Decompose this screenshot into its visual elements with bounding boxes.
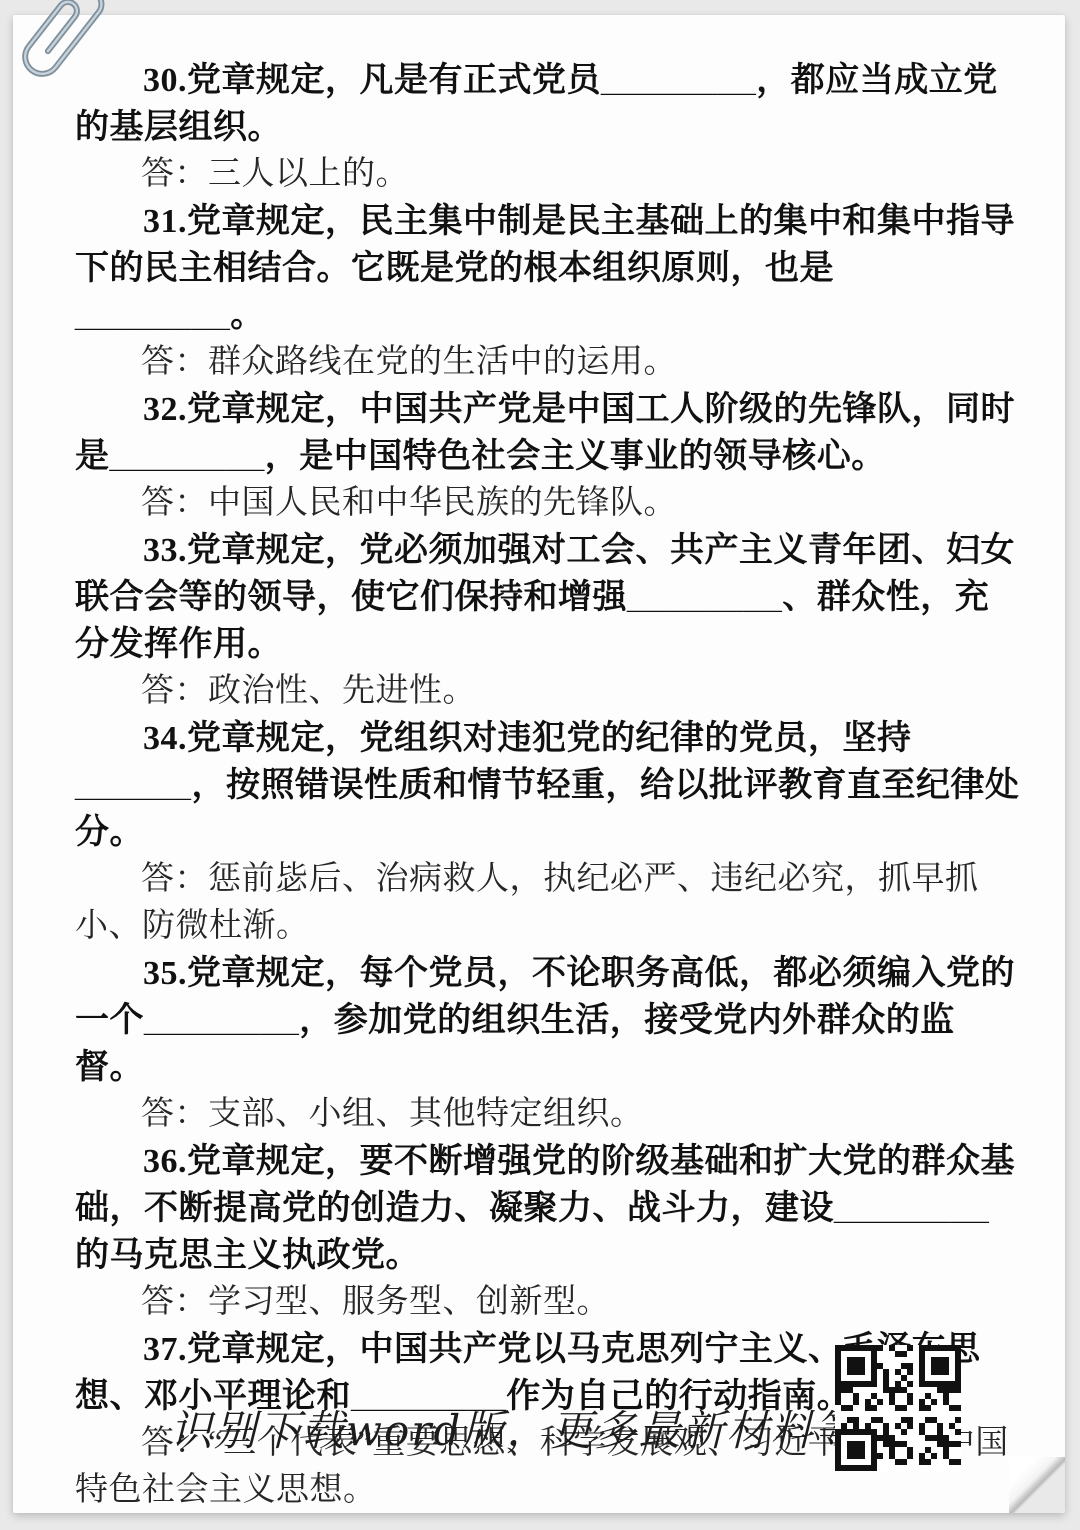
question-number: 36.	[143, 1143, 187, 1180]
document-body: 30.党章规定，凡是有正式党员________，都应当成立党的基层组织。 答：三…	[75, 57, 1023, 1514]
footer: 识别下载word版，更多最新材料等着你	[75, 1365, 1023, 1485]
question-number: 37.	[143, 1331, 187, 1368]
question-text: 35.党章规定，每个党员，不论职务高低，都必须编入党的一个________，参加…	[75, 950, 1023, 1091]
footer-note: 识别下载word版，更多最新材料等着你	[170, 1405, 946, 1457]
question-text: 36.党章规定，要不断增强党的阶级基础和扩大党的群众基础，不断提高党的创造力、凝…	[75, 1138, 1023, 1279]
document-page: 30.党章规定，凡是有正式党员________，都应当成立党的基层组织。 答：三…	[13, 15, 1065, 1513]
answer-text: 答：学习型、服务型、创新型。	[75, 1279, 1023, 1326]
page-curl	[1009, 1457, 1065, 1513]
question-text: 33.党章规定，党必须加强对工会、共产主义青年团、妇女联合会等的领导，使它们保持…	[75, 527, 1023, 668]
answer-text: 答：政治性、先进性。	[75, 668, 1023, 715]
question-text: 30.党章规定，凡是有正式党员________，都应当成立党的基层组织。	[75, 57, 1023, 151]
question-text: 34.党章规定，党组织对违犯党的纪律的党员，坚持______，按照错误性质和情节…	[75, 715, 1023, 856]
paperclip-icon	[16, 0, 126, 106]
qr-code	[835, 1345, 961, 1471]
answer-text: 答：群众路线在党的生活中的运用。	[75, 339, 1023, 386]
question-number: 34.	[143, 720, 187, 757]
question-number: 35.	[143, 955, 187, 992]
question-text: 31.党章规定，民主集中制是民主基础上的集中和集中指导下的民主相结合。它既是党的…	[75, 198, 1023, 339]
answer-text: 答：中国人民和中华民族的先锋队。	[75, 480, 1023, 527]
answer-text: 答：支部、小组、其他特定组织。	[75, 1091, 1023, 1138]
question-number: 31.	[143, 203, 187, 240]
question-number: 32.	[143, 391, 187, 428]
answer-text: 答：惩前毖后、治病救人，执纪必严、违纪必究，抓早抓小、防微杜渐。	[75, 856, 1023, 950]
question-text: 32.党章规定，中国共产党是中国工人阶级的先锋队，同时是________，是中国…	[75, 386, 1023, 480]
question-number: 30.	[143, 62, 187, 99]
answer-text: 答：三人以上的。	[75, 151, 1023, 198]
question-number: 33.	[143, 532, 187, 569]
